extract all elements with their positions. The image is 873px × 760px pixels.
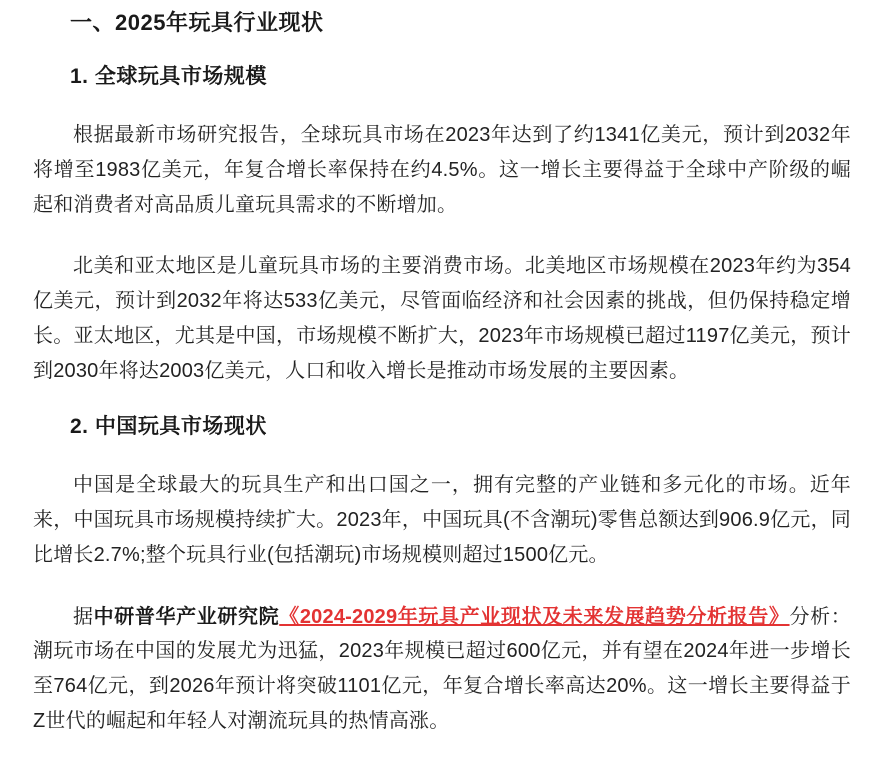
article: 一、2025年玩具行业现状 1. 全球玩具市场规模 根据最新市场研究报告，全球玩… xyxy=(0,0,873,755)
article-title: 一、2025年玩具行业现状 xyxy=(70,8,851,38)
section-heading-global-market: 1. 全球玩具市场规模 xyxy=(70,62,851,91)
paragraph-global-market-size: 根据最新市场研究报告，全球玩具市场在2023年达到了约1341亿美元，预计到20… xyxy=(33,118,851,222)
org-name-bold: 中研普华产业研究院 xyxy=(94,606,280,628)
report-link[interactable]: 《2024-2029年玩具产业现状及未来发展趋势分析报告》 xyxy=(279,606,789,628)
paragraph-report-analysis: 据中研普华产业研究院《2024-2029年玩具产业现状及未来发展趋势分析报告》分… xyxy=(33,600,851,739)
paragraph-china-market: 中国是全球最大的玩具生产和出口国之一，拥有完整的产业链和多元化的市场。近年来，中… xyxy=(33,468,851,572)
report-paragraph-prefix: 据 xyxy=(73,606,94,628)
paragraph-regional-markets: 北美和亚太地区是儿童玩具市场的主要消费市场。北美地区市场规模在2023年约为35… xyxy=(33,249,851,388)
section-heading-china-market: 2. 中国玩具市场现状 xyxy=(70,412,851,441)
